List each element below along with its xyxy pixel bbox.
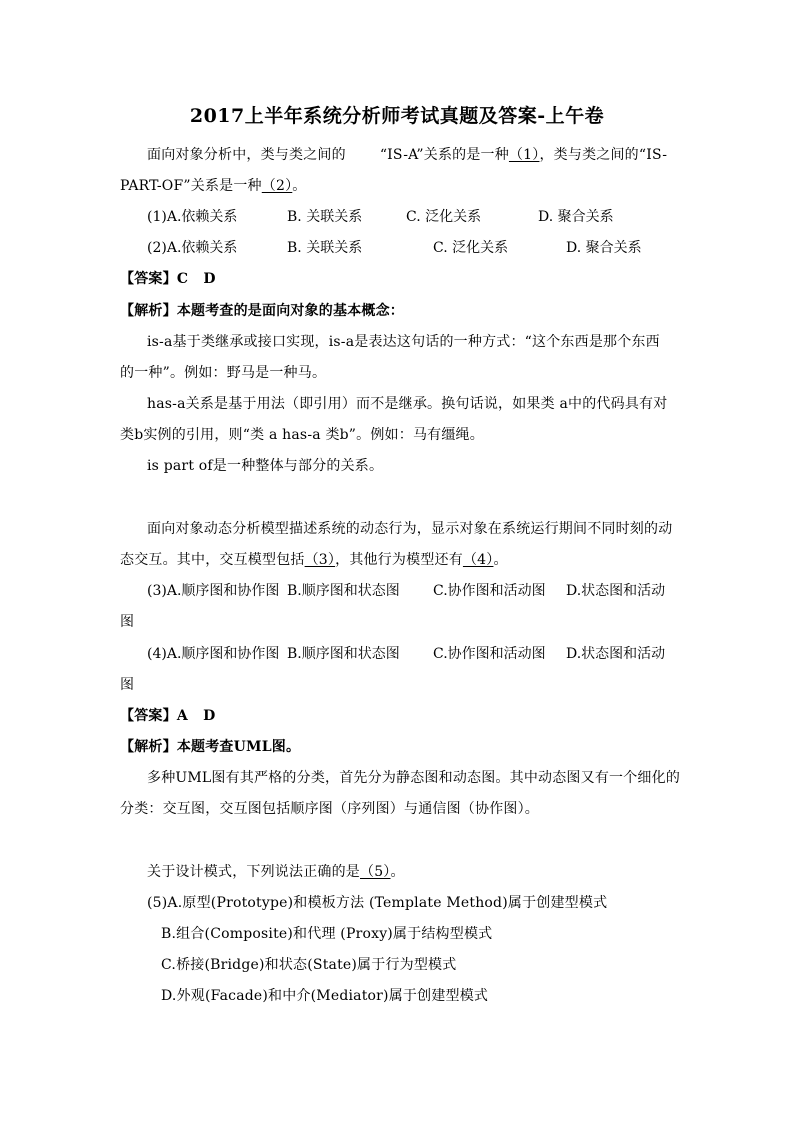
- analysis-label: 【解析】: [120, 303, 177, 319]
- option-3a: (3)A.顺序图和协作图: [147, 582, 279, 600]
- option-3b: B.顺序图和状态图: [287, 582, 400, 600]
- stem-text: “IS-A”关系的是一种: [380, 147, 509, 163]
- document-title: 2017上半年系统分析师考试真题及答案-上午卷: [0, 103, 794, 129]
- option-3c: C.协作图和活动图: [433, 582, 546, 600]
- analysis-paragraph: 多种UML图有其严格的分类，首先分为静态图和动态图。其中动态图又有一个细化的: [147, 769, 680, 787]
- question-1-stem-line-2: PART-OF”关系是一种（2）。: [120, 177, 306, 195]
- stem-text: 。: [391, 864, 405, 880]
- option-2a: (2)A.依赖关系: [147, 239, 237, 257]
- option-1d: D. 聚合关系: [538, 208, 614, 226]
- option-1b: B. 关联关系: [287, 208, 362, 226]
- option-2c: C. 泛化关系: [433, 239, 508, 257]
- blank-1: （1）: [509, 147, 540, 163]
- answer-value: C D: [177, 271, 216, 287]
- option-3d: D.状态图和活动: [566, 582, 665, 600]
- option-2b: B. 关联关系: [287, 239, 362, 257]
- analysis-heading-text: 本题考查UML图。: [177, 739, 300, 755]
- blank-5: （5）: [360, 864, 391, 880]
- blank-3: （3）: [305, 552, 336, 568]
- option-4a: (4)A.顺序图和协作图: [147, 645, 279, 663]
- option-1a: (1)A.依赖关系: [147, 208, 237, 226]
- question-1-analysis-heading: 【解析】本题考查的是面向对象的基本概念：: [120, 302, 404, 320]
- analysis-paragraph: is part of是一种整体与部分的关系。: [147, 457, 383, 475]
- stem-text: PART-OF”关系是一种: [120, 178, 262, 194]
- stem-text: 。: [292, 178, 306, 194]
- stem-text: 。: [493, 552, 507, 568]
- stem-text: 面向对象分析中，类与类之间的: [147, 147, 346, 163]
- question-2-answer: 【答案】A D: [120, 707, 215, 725]
- analysis-paragraph: has-a关系是基于用法（即引用）而不是继承。换句话说，如果类 a中的代码具有对: [147, 395, 667, 413]
- analysis-heading-text: 本题考查的是面向对象的基本概念：: [177, 303, 404, 319]
- question-1-answer: 【答案】C D: [120, 270, 216, 288]
- option-1c: C. 泛化关系: [406, 208, 481, 226]
- option-5b: B.组合(Composite)和代理 (Proxy)属于结构型模式: [161, 925, 492, 943]
- answer-label: 【答案】: [120, 708, 177, 724]
- option-3d-wrap: 图: [120, 613, 134, 631]
- stem-text: 态交互。其中，交互模型包括: [120, 552, 305, 568]
- blank-2: （2）: [262, 178, 293, 194]
- option-4b: B.顺序图和状态图: [287, 645, 400, 663]
- answer-label: 【答案】: [120, 271, 177, 287]
- analysis-paragraph: 类b实例的引用，则“类 a has-a 类b”。例如：马有缰绳。: [120, 426, 484, 444]
- question-5-stem: 关于设计模式，下列说法正确的是（5）。: [147, 863, 405, 881]
- question-2-stem-line-1: 面向对象动态分析模型描述系统的动态行为，显示对象在系统运行期间不同时刻的动: [147, 520, 672, 538]
- question-2-analysis-heading: 【解析】本题考查UML图。: [120, 738, 300, 756]
- question-2-stem-line-2: 态交互。其中，交互模型包括（3），其他行为模型还有（4）。: [120, 551, 508, 569]
- stem-text: ，其他行为模型还有: [335, 552, 463, 568]
- stem-text: ，类与类之间的“IS-: [539, 147, 667, 163]
- option-5c: C.桥接(Bridge)和状态(State)属于行为型模式: [161, 956, 456, 974]
- option-4d: D.状态图和活动: [566, 645, 665, 663]
- answer-value: A D: [177, 708, 216, 724]
- option-2d: D. 聚合关系: [566, 239, 642, 257]
- option-4d-wrap: 图: [120, 676, 134, 694]
- analysis-paragraph: is-a基于类继承或接口实现，is-a是表达这句话的一种方式：“这个东西是那个东…: [147, 333, 660, 351]
- question-1-stem-line-1: 面向对象分析中，类与类之间的“IS-A”关系的是一种（1），类与类之间的“IS-: [147, 146, 667, 164]
- option-4c: C.协作图和活动图: [433, 645, 546, 663]
- analysis-label: 【解析】: [120, 739, 177, 755]
- option-5d: D.外观(Facade)和中介(Mediator)属于创建型模式: [161, 987, 488, 1005]
- option-5a: (5)A.原型(Prototype)和模板方法 (Template Method…: [147, 894, 607, 912]
- analysis-paragraph: 的一种”。例如：野马是一种马。: [120, 364, 326, 382]
- document-page: 2017上半年系统分析师考试真题及答案-上午卷 面向对象分析中，类与类之间的“I…: [0, 0, 794, 1123]
- analysis-paragraph: 分类：交互图，交互图包括顺序图（序列图）与通信图（协作图）。: [120, 800, 539, 818]
- blank-4: （4）: [463, 552, 494, 568]
- stem-text: 关于设计模式，下列说法正确的是: [147, 864, 360, 880]
